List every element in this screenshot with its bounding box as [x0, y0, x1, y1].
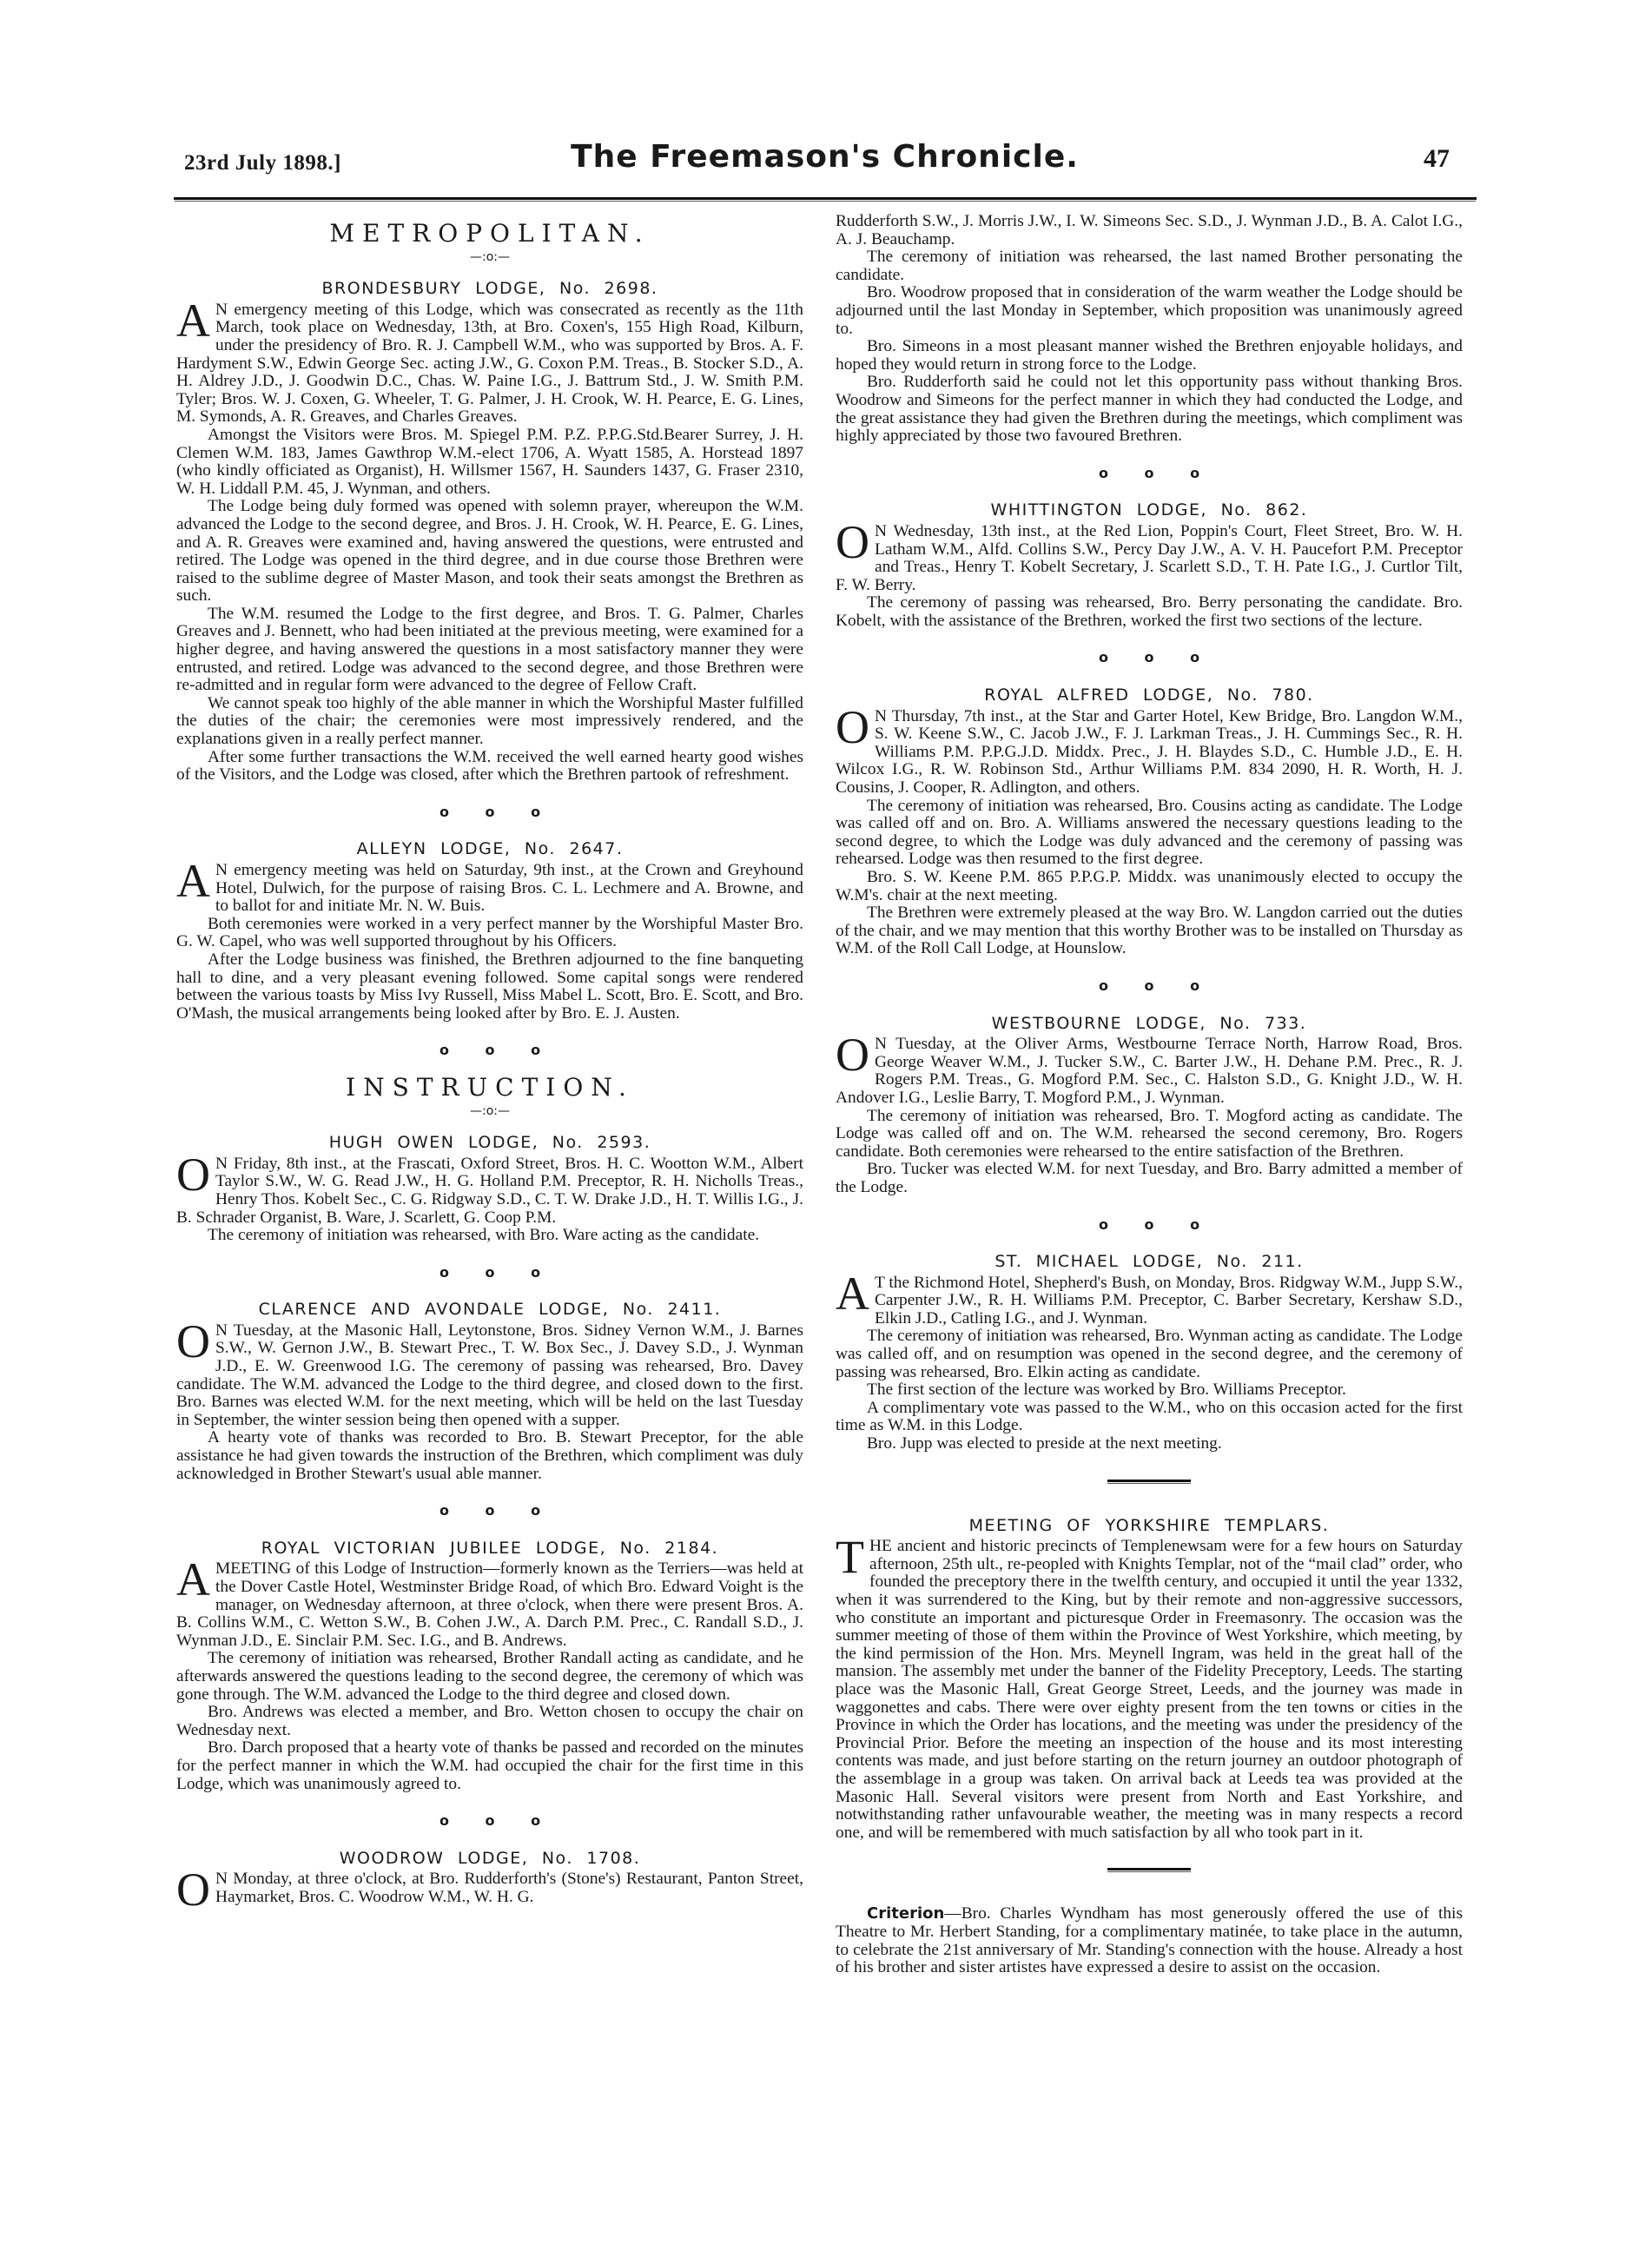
page-header: 23rd July 1898.] The Freemason's Chronic… [184, 139, 1465, 184]
paragraph: N Tuesday, at the Oliver Arms, Westbourn… [836, 1035, 1463, 1107]
left-column: METROPOLITAN. —:o:— BRONDESBURY LODGE, N… [176, 213, 803, 1907]
paragraph: Amongst the Visitors were Bros. M. Spieg… [176, 427, 803, 498]
paragraph: N Tuesday, at the Masonic Hall, Leytonst… [176, 1321, 803, 1429]
lodge-title: ALLEYN LODGE, No. 2647. [176, 840, 803, 858]
header-rule [174, 197, 1477, 200]
article-st-michael: ST. MICHAEL LODGE, No. 211. AT the Richm… [836, 1253, 1463, 1453]
paragraph: N emergency meeting was held on Saturday… [215, 861, 803, 915]
paragraph: After the Lodge business was finished, t… [176, 951, 803, 1023]
separator: o o o [176, 1812, 803, 1831]
lodge-title: HUGH OWEN LODGE, No. 2593. [176, 1134, 803, 1152]
paragraph: Bro. Darch proposed that a hearty vote o… [176, 1739, 803, 1793]
section-divider [1107, 1480, 1191, 1484]
article-yorkshire-templars: MEETING OF YORKSHIRE TEMPLARS. THE ancie… [836, 1517, 1463, 1843]
lodge-title: ROYAL ALFRED LODGE, No. 780. [836, 686, 1463, 705]
paragraph: MEETING of this Lodge of Instruction—for… [176, 1559, 803, 1649]
paragraph: The ceremony of initiation was rehearsed… [836, 798, 1463, 869]
right-column: Rudderforth S.W., J. Morris J.W., I. W. … [836, 213, 1463, 1977]
separator: o o o [176, 804, 803, 822]
paragraph: Rudderforth S.W., J. Morris J.W., I. W. … [836, 213, 1463, 248]
paragraph: The ceremony of passing was rehearsed, B… [836, 594, 1463, 630]
paragraph: After some further transactions the W.M.… [176, 749, 803, 785]
dropcap: O [176, 1872, 210, 1907]
article-woodrow: WOODROW LODGE, No. 1708. ON Monday, at t… [176, 1850, 803, 1907]
dropcap: A [176, 1562, 210, 1597]
paragraph: N emergency meeting of this Lodge, which… [176, 301, 803, 427]
article-clarence-avondale: CLARENCE AND AVONDALE LODGE, No. 2411. O… [176, 1301, 803, 1483]
lodge-title: WOODROW LODGE, No. 1708. [176, 1850, 803, 1868]
ornament: —:o:— [176, 248, 803, 267]
article-whittington: WHITTINGTON LODGE, No. 862. ON Wednesday… [836, 501, 1463, 630]
article-brondesbury: BRONDESBURY LODGE, No. 2698. AN emergenc… [176, 280, 803, 785]
section-title-instruction: INSTRUCTION. [176, 1079, 803, 1097]
paragraph: Bro. S. W. Keene P.M. 865 P.P.G.P. Middx… [836, 869, 1463, 904]
dropcap: O [176, 1324, 210, 1359]
paragraph: The first section of the lecture was wor… [836, 1381, 1463, 1400]
criterion-label: Criterion [867, 1904, 944, 1923]
section-divider [1107, 1868, 1191, 1872]
lodge-title: WESTBOURNE LODGE, No. 733. [836, 1015, 1463, 1033]
article-woodrow-continued: Rudderforth S.W., J. Morris J.W., I. W. … [836, 213, 1463, 446]
paragraph: The Brethren were extremely pleased at t… [836, 904, 1463, 958]
dropcap: A [176, 303, 210, 338]
article-westbourne: WESTBOURNE LODGE, No. 733. ON Tuesday, a… [836, 1015, 1463, 1197]
article-title: MEETING OF YORKSHIRE TEMPLARS. [836, 1517, 1463, 1535]
paragraph: Both ceremonies were worked in a very pe… [176, 916, 803, 951]
dropcap: A [176, 864, 210, 898]
masthead-title: The Freemason's Chronicle. [184, 139, 1465, 175]
separator: o o o [176, 1264, 803, 1282]
paragraph: A complimentary vote was passed to the W… [836, 1400, 1463, 1435]
paragraph: N Thursday, 7th inst., at the Star and G… [836, 707, 1463, 797]
paragraph: Bro. Simeons in a most pleasant manner w… [836, 338, 1463, 374]
paragraph: We cannot speak too highly of the able m… [176, 695, 803, 749]
dropcap: A [836, 1276, 869, 1311]
paragraph: N Monday, at three o'clock, at Bro. Rudd… [215, 1870, 803, 1906]
article-royal-victorian-jubilee: ROYAL VICTORIAN JUBILEE LODGE, No. 2184.… [176, 1539, 803, 1793]
paragraph: The ceremony of initiation was rehearsed… [836, 248, 1463, 284]
article-criterion: Criterion—Bro. Charles Wyndham has most … [836, 1905, 1463, 1976]
dropcap: O [176, 1157, 210, 1192]
article-hugh-owen: HUGH OWEN LODGE, No. 2593. ON Friday, 8t… [176, 1134, 803, 1245]
separator: o o o [176, 1502, 803, 1520]
paragraph: Bro. Jupp was elected to preside at the … [836, 1435, 1463, 1453]
dropcap: O [836, 710, 869, 745]
paragraph: Bro. Andrews was elected a member, and B… [176, 1704, 803, 1739]
paragraph: The Lodge being duly formed was opened w… [176, 498, 803, 606]
paragraph: The ceremony of initiation was rehearsed… [836, 1108, 1463, 1162]
section-title-metropolitan: METROPOLITAN. [176, 225, 803, 243]
paragraph: N Wednesday, 13th inst., at the Red Lion… [836, 522, 1463, 594]
paragraph: A hearty vote of thanks was recorded to … [176, 1429, 803, 1483]
dropcap: T [836, 1539, 864, 1574]
paragraph: The W.M. resumed the Lodge to the first … [176, 606, 803, 695]
paragraph: HE ancient and historic precincts of Tem… [836, 1537, 1463, 1842]
separator: o o o [836, 465, 1463, 483]
paragraph: The ceremony of initiation was rehearsed… [176, 1650, 803, 1704]
paragraph: Bro. Tucker was elected W.M. for next Tu… [836, 1161, 1463, 1196]
article-royal-alfred: ROYAL ALFRED LODGE, No. 780. ON Thursday… [836, 686, 1463, 958]
lodge-title: CLARENCE AND AVONDALE LODGE, No. 2411. [176, 1301, 803, 1319]
lodge-title: WHITTINGTON LODGE, No. 862. [836, 501, 1463, 520]
ornament: —:o:— [176, 1102, 803, 1121]
lodge-title: ROYAL VICTORIAN JUBILEE LODGE, No. 2184. [176, 1539, 803, 1558]
paragraph: The ceremony of initiation was rehearsed… [176, 1227, 803, 1245]
dropcap: O [836, 1037, 869, 1072]
separator: o o o [176, 1042, 803, 1060]
separator: o o o [836, 977, 1463, 996]
separator: o o o [836, 1216, 1463, 1235]
paragraph: Bro. Woodrow proposed that in considerat… [836, 284, 1463, 338]
dropcap: O [836, 525, 869, 559]
article-alleyn: ALLEYN LODGE, No. 2647. AN emergency mee… [176, 840, 803, 1023]
page-number: 47 [1424, 144, 1450, 174]
paragraph: The ceremony of initiation was rehearsed… [836, 1327, 1463, 1381]
paragraph: T the Richmond Hotel, Shepherd's Bush, o… [875, 1274, 1463, 1327]
paragraph: N Friday, 8th inst., at the Frascati, Ox… [176, 1155, 803, 1227]
lodge-title: ST. MICHAEL LODGE, No. 211. [836, 1253, 1463, 1271]
paragraph: Bro. Rudderforth said he could not let t… [836, 374, 1463, 445]
lodge-title: BRONDESBURY LODGE, No. 2698. [176, 280, 803, 298]
separator: o o o [836, 649, 1463, 667]
